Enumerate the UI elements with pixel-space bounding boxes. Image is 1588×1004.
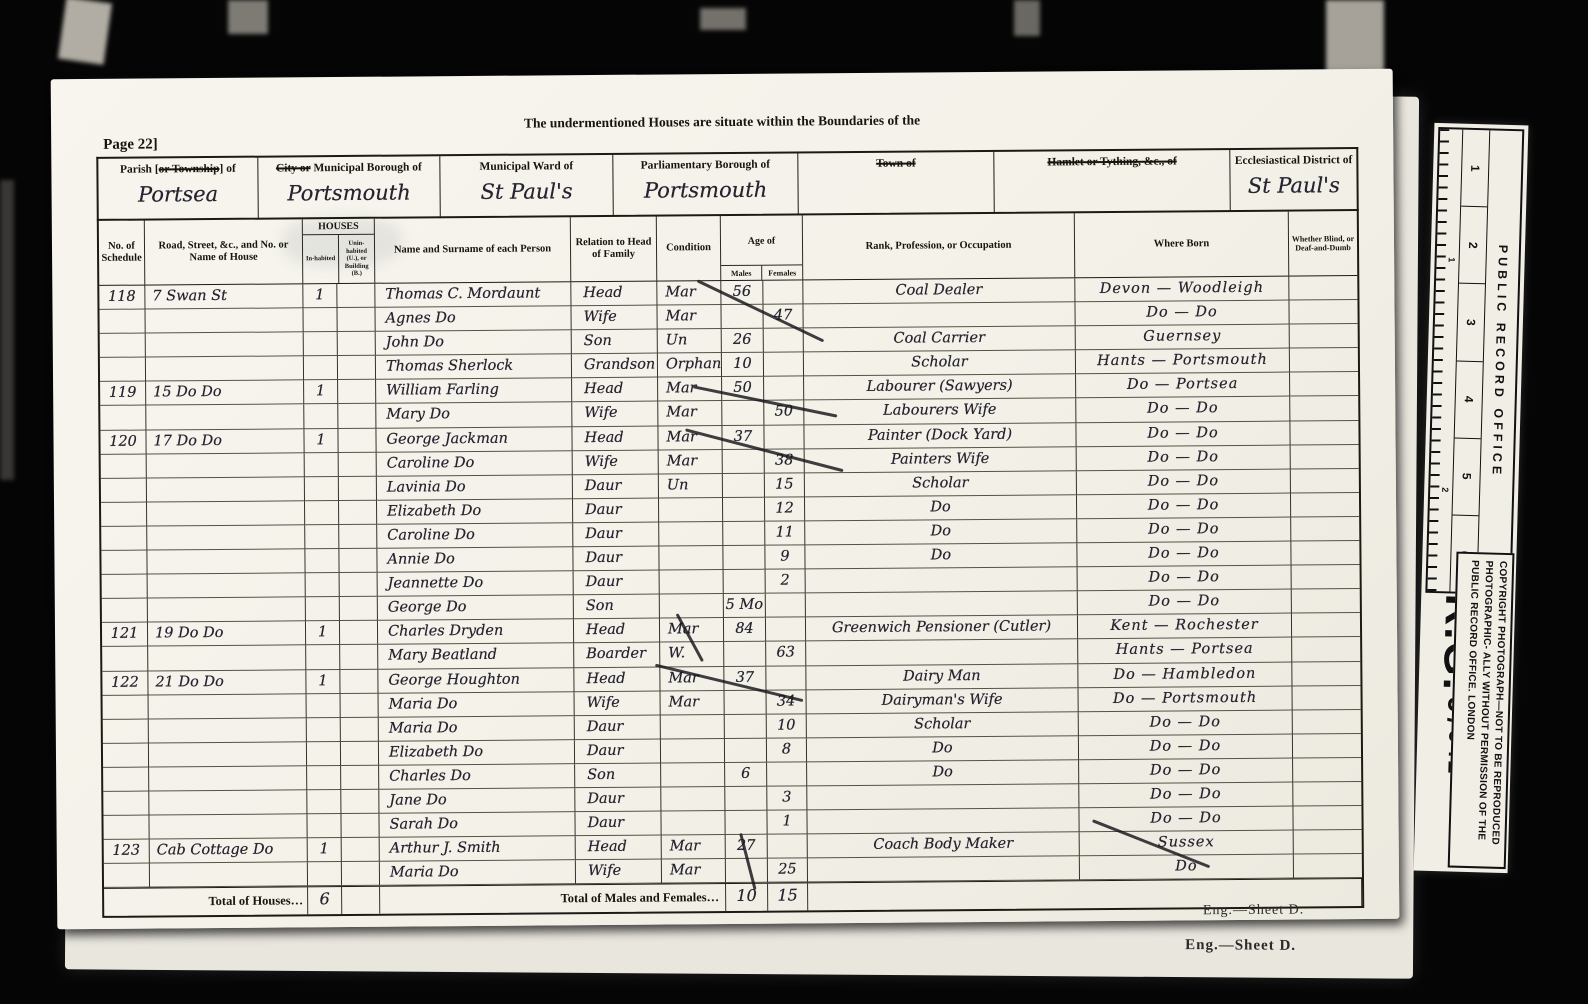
col-header-males: Males	[721, 266, 762, 280]
cell-road	[147, 501, 305, 526]
cell-uninhabited	[339, 476, 377, 500]
cell-uninhabited	[340, 645, 378, 669]
cell-condition	[660, 570, 724, 595]
district-handwritten-value	[798, 176, 993, 178]
cell-occupation: Do	[805, 495, 1077, 521]
cell-road	[149, 718, 307, 743]
cell-infirmity	[1290, 348, 1358, 373]
cell-schedule	[101, 454, 147, 478]
cell-age-male	[723, 498, 765, 522]
cell-inhabited	[307, 742, 341, 766]
total-houses-value: 6	[308, 887, 342, 914]
cell-inhabited	[305, 549, 339, 573]
col-header-name: Name and Surname of each Person	[375, 217, 571, 283]
cell-infirmity	[1291, 469, 1359, 494]
cell-born: Sussex	[1080, 831, 1294, 857]
cell-relation: Wife	[575, 691, 661, 716]
cell-age-female	[768, 835, 808, 859]
cell-infirmity	[1294, 854, 1362, 879]
cell-infirmity	[1291, 541, 1359, 566]
cell-age-male: 26	[722, 329, 764, 353]
cell-name: Elizabeth Do	[377, 499, 573, 525]
cell-name: Maria Do	[380, 860, 576, 886]
cell-condition	[661, 811, 725, 836]
district-handwritten-value: Portsmouth	[613, 177, 797, 202]
cell-relation: Head	[572, 378, 658, 403]
cell-age-female	[764, 329, 804, 353]
cell-born: Do — Do	[1077, 542, 1291, 568]
cell-age-male	[722, 401, 764, 425]
struck-text: City or	[276, 162, 311, 174]
cell-occupation: Do	[807, 736, 1079, 762]
cell-condition: Mar	[662, 835, 726, 860]
cell-condition: Orphan	[658, 353, 722, 378]
cell-relation: Daur	[573, 547, 659, 572]
cell-name: Maria Do	[379, 716, 575, 742]
cell-schedule	[103, 743, 149, 767]
cell-name: George Do	[378, 595, 574, 621]
cell-schedule	[103, 719, 149, 743]
cell-uninhabited	[342, 838, 380, 862]
struck-text: Town of	[876, 157, 916, 169]
cell-relation: Daur	[573, 522, 659, 547]
cell-uninhabited	[339, 501, 377, 525]
district-handwritten-value	[994, 174, 1229, 176]
cell-road	[146, 332, 304, 357]
cell-occupation	[806, 591, 1078, 617]
cell-condition: Mar	[661, 691, 725, 716]
scanned-census-page: Eng.—Sheet D. The undermentioned Houses …	[0, 0, 1588, 1004]
cell-road	[148, 598, 306, 623]
cell-age-female: 3	[767, 786, 807, 810]
scan-artifact	[1326, 0, 1384, 74]
cell-infirmity	[1290, 324, 1358, 349]
col-header-road: Road, Street, &c., and No. or Name of Ho…	[145, 219, 303, 284]
cell-born: Do — Do	[1076, 421, 1290, 447]
ruler-number: 1	[1461, 130, 1489, 208]
cell-age-male: 84	[724, 618, 766, 642]
cell-inhabited	[306, 597, 340, 621]
cell-road	[148, 573, 306, 598]
district-box: Municipal Ward of St Paul's	[440, 155, 613, 218]
cell-condition	[661, 739, 725, 764]
table-header-row: No. of Schedule Road, Street, &c., and N…	[99, 211, 1357, 286]
cell-inhabited	[307, 718, 341, 742]
district-handwritten-value: Portsea	[98, 182, 257, 207]
cell-occupation: Dairy Man	[806, 664, 1078, 690]
cell-inhabited	[304, 332, 338, 356]
cell-uninhabited	[338, 356, 376, 380]
footer-blank-cell	[342, 887, 380, 914]
district-label: Municipal Ward of	[440, 159, 612, 175]
cell-born: Hants — Portsmouth	[1076, 349, 1290, 375]
district-handwritten-value: St Paul's	[440, 179, 612, 204]
ruler-inch-number: 1	[1447, 257, 1457, 262]
cell-uninhabited	[341, 742, 379, 766]
copyright-notice: COPYRIGHT PHOTOGRAPH—NOT TO BE REPRODUCE…	[1448, 552, 1515, 869]
cell-schedule	[100, 334, 146, 358]
district-handwritten-value: St Paul's	[1231, 173, 1357, 198]
cell-road	[149, 694, 307, 719]
cell-age-female	[766, 618, 806, 642]
cell-age-male: 10	[722, 353, 764, 377]
cell-age-male	[725, 738, 767, 762]
cell-age-male	[723, 522, 765, 546]
cell-uninhabited	[341, 766, 379, 790]
cell-born: Do — Portsmouth	[1078, 686, 1292, 712]
cell-infirmity	[1292, 662, 1360, 687]
col-header-inhabited: In-habited	[303, 235, 339, 283]
cell-condition: Mar	[657, 281, 721, 306]
cell-born: Do — Do	[1076, 397, 1290, 423]
pro-ruler-box: 1 2 1 2 3 4 5 6 PUBLIC RECORD OFFICE	[1425, 127, 1524, 595]
cell-schedule: 121	[102, 623, 148, 647]
scan-artifact	[228, 0, 268, 34]
cell-infirmity	[1292, 613, 1360, 638]
cell-name: Charles Do	[379, 764, 575, 790]
cell-name: Arthur J. Smith	[380, 836, 576, 862]
ruler-number: 4	[1455, 361, 1483, 439]
cell-occupation: Scholar	[807, 712, 1079, 738]
cell-uninhabited	[340, 669, 378, 693]
cell-uninhabited	[337, 284, 375, 308]
cell-relation: Head	[576, 836, 662, 861]
cell-inhabited: 1	[306, 670, 340, 694]
cell-age-male	[723, 473, 765, 497]
scan-artifact	[58, 0, 112, 65]
cell-relation: Daur	[575, 715, 661, 740]
sheet-designation-label-behind: Eng.—Sheet D.	[1185, 937, 1296, 955]
cell-name: George Jackman	[376, 427, 572, 453]
cell-age-female	[766, 594, 806, 618]
cell-age-female	[764, 353, 804, 377]
district-label: City or Municipal Borough of	[258, 160, 439, 176]
cell-schedule	[101, 478, 147, 502]
cell-road	[149, 790, 307, 815]
cell-road: 17 Do Do	[146, 429, 304, 454]
cell-condition: Mar	[658, 401, 722, 426]
cell-occupation: Coal Dealer	[803, 278, 1075, 304]
cell-road	[149, 814, 307, 839]
struck-text: Hamlet or Tything, &c., of	[1047, 155, 1176, 168]
cell-schedule	[102, 575, 148, 599]
cell-occupation	[806, 567, 1078, 593]
cell-occupation: Scholar	[805, 471, 1077, 497]
col-header-condition: Condition	[657, 216, 722, 281]
cell-occupation: Greenwich Pensioner (Cutler)	[806, 616, 1078, 642]
cell-schedule	[100, 406, 146, 430]
cell-road	[148, 646, 306, 671]
cell-inhabited	[305, 453, 339, 477]
cell-occupation: Coach Body Maker	[808, 832, 1080, 858]
cell-relation: Boarder	[574, 643, 660, 668]
cell-name: Thomas Sherlock	[376, 354, 572, 380]
cell-occupation: Painter (Dock Yard)	[804, 423, 1076, 449]
cell-infirmity	[1294, 830, 1362, 855]
cell-uninhabited	[341, 814, 379, 838]
cell-infirmity	[1289, 276, 1357, 301]
cell-occupation: Scholar	[804, 351, 1076, 377]
district-label: Parish [or Township] of	[98, 162, 257, 178]
cell-road	[150, 863, 308, 888]
cell-uninhabited	[340, 597, 378, 621]
cell-name: Jeannette Do	[378, 571, 574, 597]
cell-infirmity	[1292, 686, 1360, 711]
cell-occupation: Painters Wife	[805, 447, 1077, 473]
cell-relation: Son	[574, 595, 660, 620]
cell-condition	[661, 715, 725, 740]
cell-born: Guernsey	[1076, 325, 1290, 351]
cell-born: Do — Do	[1077, 445, 1291, 471]
cell-inhabited	[303, 308, 337, 332]
cell-born: Do — Do	[1079, 710, 1293, 736]
cell-uninhabited	[339, 525, 377, 549]
cell-road: Cab Cottage Do	[150, 838, 308, 863]
cell-inhabited: 1	[304, 429, 338, 453]
situate-heading: The undermentioned Houses are situate wi…	[51, 109, 1393, 136]
district-box: Parliamentary Borough of Portsmouth	[613, 153, 798, 216]
cell-inhabited	[306, 645, 340, 669]
cell-age-male	[724, 570, 766, 594]
total-females-value: 15	[768, 884, 808, 911]
cell-age-female: 10	[767, 714, 807, 738]
cell-age-female	[764, 425, 804, 449]
cell-occupation: Do	[807, 760, 1079, 786]
cell-relation: Daur	[573, 474, 659, 499]
cell-age-female: 2	[766, 569, 806, 593]
cell-schedule	[101, 526, 147, 550]
cell-relation: Son	[575, 763, 661, 788]
cell-road	[146, 405, 304, 430]
cell-age-female: 8	[767, 738, 807, 762]
census-sheet: The undermentioned Houses are situate wi…	[51, 69, 1400, 930]
cell-condition	[659, 522, 723, 547]
cell-age-male: 6	[725, 763, 767, 787]
district-box: Ecclesiastical District of St Paul's	[1231, 149, 1357, 212]
cell-schedule	[103, 767, 149, 791]
cell-road: 19 Do Do	[148, 622, 306, 647]
cell-age-female	[766, 666, 806, 690]
ruler-number: 3	[1457, 284, 1485, 362]
col-header-infirmity: Whether Blind, or Deaf-and-Dumb	[1289, 211, 1358, 276]
cell-born: Devon — Woodleigh	[1075, 277, 1289, 303]
cell-inhabited: 1	[308, 838, 342, 862]
total-males-females-label: Total of Males and Females…	[380, 884, 726, 914]
total-males-value: 10	[726, 884, 768, 911]
cell-relation: Grandson	[572, 354, 658, 379]
cell-occupation	[807, 808, 1079, 834]
pro-reference-card: 1 2 1 2 3 4 5 6 PUBLIC RECORD OFFICE Ref…	[1414, 123, 1529, 873]
cell-occupation: Do	[805, 519, 1077, 545]
cell-schedule: 123	[104, 840, 150, 864]
cell-born: Kent — Rochester	[1078, 614, 1292, 640]
cell-relation: Head	[574, 619, 660, 644]
cell-born: Do — Do	[1078, 566, 1292, 592]
cell-relation: Wife	[576, 860, 662, 885]
cell-relation: Wife	[573, 450, 659, 475]
cell-schedule: 118	[99, 286, 145, 310]
cell-condition: Mar	[657, 305, 721, 330]
cell-born: Do — Do	[1078, 590, 1292, 616]
cell-born: Do — Do	[1079, 734, 1293, 760]
cell-road	[149, 742, 307, 767]
cell-uninhabited	[337, 308, 375, 332]
cell-uninhabited	[338, 428, 376, 452]
cell-name: Elizabeth Do	[379, 740, 575, 766]
cell-name: Agnes Do	[375, 306, 571, 332]
district-label: Hamlet or Tything, &c., of	[994, 154, 1230, 170]
cell-infirmity	[1291, 493, 1359, 518]
cell-schedule	[103, 816, 149, 840]
cell-age-male: 5 Mo	[724, 594, 766, 618]
cell-name: Caroline Do	[377, 523, 573, 549]
cell-occupation	[803, 302, 1075, 328]
cell-relation: Head	[574, 667, 660, 692]
cell-inhabited	[304, 405, 338, 429]
cell-name: Lavinia Do	[377, 475, 573, 501]
cell-name: George Houghton	[378, 668, 574, 694]
cell-age-female: 9	[765, 545, 805, 569]
cell-occupation: Do	[805, 543, 1077, 569]
cell-schedule: 120	[100, 430, 146, 454]
cell-name: Charles Dryden	[378, 620, 574, 646]
cell-infirmity	[1291, 517, 1359, 542]
ruler-number: 5	[1453, 438, 1481, 516]
table-body: 118 7 Swan St 1 Thomas C. Mordaunt Head …	[99, 276, 1362, 888]
cell-road: 7 Swan St	[145, 284, 303, 309]
cell-relation: Wife	[572, 402, 658, 427]
cell-relation: Daur	[575, 739, 661, 764]
cell-infirmity	[1292, 637, 1360, 662]
cell-inhabited	[307, 790, 341, 814]
district-label: Parliamentary Borough of	[613, 157, 797, 173]
col-group-age: Age of Males Females	[721, 215, 804, 280]
cell-infirmity	[1293, 782, 1361, 807]
cell-name: Mary Beatland	[378, 644, 574, 670]
cell-infirmity	[1293, 710, 1361, 735]
cell-infirmity	[1290, 396, 1358, 421]
cell-infirmity	[1290, 372, 1358, 397]
district-box: City or Municipal Borough of Portsmouth	[258, 156, 440, 219]
cell-road	[147, 453, 305, 478]
cell-born: Do — Do	[1079, 758, 1293, 784]
cell-road	[145, 308, 303, 333]
cell-road	[147, 477, 305, 502]
cell-name: Thomas C. Mordaunt	[375, 282, 571, 308]
page-number-label: Page 22]	[103, 136, 158, 153]
cell-schedule	[103, 791, 149, 815]
cell-road	[146, 357, 304, 382]
district-handwritten-value: Portsmouth	[258, 180, 439, 205]
cell-occupation: Coal Carrier	[804, 326, 1076, 352]
col-header-schedule: No. of Schedule	[99, 221, 146, 285]
cell-condition	[659, 546, 723, 571]
cell-age-female: 12	[765, 497, 805, 521]
cell-infirmity	[1289, 300, 1357, 325]
cell-schedule	[101, 502, 147, 526]
cell-name: William Farling	[376, 379, 572, 405]
district-label: Town of	[798, 156, 993, 172]
cell-born: Do — Do	[1079, 783, 1293, 809]
cell-uninhabited	[340, 621, 378, 645]
cell-inhabited	[307, 694, 341, 718]
col-group-houses: HOUSES In-habited Unin-habited (U.), or …	[303, 219, 376, 284]
district-box: Hamlet or Tything, &c., of	[994, 150, 1231, 214]
cell-uninhabited	[341, 693, 379, 717]
cell-name: Caroline Do	[377, 451, 573, 477]
district-label: Ecclesiastical District of	[1231, 153, 1357, 168]
cell-relation: Daur	[574, 571, 660, 596]
cell-age-female: 15	[765, 473, 805, 497]
cell-road: 21 Do Do	[148, 670, 306, 695]
cell-inhabited	[306, 573, 340, 597]
cell-uninhabited	[339, 452, 377, 476]
cell-inhabited	[308, 862, 342, 886]
cell-age-male	[725, 787, 767, 811]
houses-group-title: HOUSES	[303, 219, 374, 233]
cell-uninhabited	[339, 549, 377, 573]
cell-inhabited	[304, 356, 338, 380]
col-header-uninhabited: Unin-habited (U.), or Building (B.)	[339, 235, 374, 283]
cell-born: Hants — Portsea	[1078, 638, 1292, 664]
cell-schedule	[99, 310, 145, 334]
cell-schedule: 122	[102, 671, 148, 695]
cell-schedule	[102, 647, 148, 671]
scan-artifact	[700, 8, 746, 30]
total-houses-label: Total of Houses…	[104, 888, 308, 917]
col-header-relation: Relation to Head of Family	[571, 217, 658, 282]
cell-born: Do — Do	[1077, 517, 1291, 543]
ruler-number: 2	[1459, 207, 1487, 285]
cell-infirmity	[1292, 589, 1360, 614]
cell-infirmity	[1291, 445, 1359, 470]
cell-name: Annie Do	[377, 547, 573, 573]
cell-occupation: Labourer (Sawyers)	[804, 375, 1076, 401]
cell-inhabited	[305, 477, 339, 501]
cell-age-male	[725, 811, 767, 835]
cell-road	[147, 549, 305, 574]
cell-road	[147, 525, 305, 550]
cell-condition: Un	[658, 329, 722, 354]
cell-occupation	[807, 784, 1079, 810]
cell-schedule	[101, 551, 147, 575]
cell-relation: Daur	[573, 498, 659, 523]
cell-relation: Wife	[571, 306, 657, 331]
cell-inhabited	[307, 766, 341, 790]
cell-schedule	[104, 864, 150, 888]
cell-born: Do — Portsea	[1076, 373, 1290, 399]
cell-age-male	[723, 449, 765, 473]
cell-age-female: 11	[765, 521, 805, 545]
cell-occupation: Labourers Wife	[804, 399, 1076, 425]
cell-relation: Son	[572, 330, 658, 355]
cell-age-male	[725, 690, 767, 714]
cell-road: 15 Do Do	[146, 381, 304, 406]
cell-inhabited	[305, 501, 339, 525]
cell-name: Sarah Do	[379, 812, 575, 838]
cell-uninhabited	[338, 380, 376, 404]
cell-name: Maria Do	[379, 692, 575, 718]
cell-age-female	[763, 280, 803, 304]
cell-condition: Mar	[659, 450, 723, 475]
cell-inhabited	[307, 814, 341, 838]
cell-uninhabited	[338, 404, 376, 428]
cell-age-male	[723, 546, 765, 570]
cell-age-male	[724, 642, 766, 666]
cell-infirmity	[1293, 734, 1361, 759]
scan-artifact	[0, 180, 14, 480]
cell-occupation	[806, 640, 1078, 666]
